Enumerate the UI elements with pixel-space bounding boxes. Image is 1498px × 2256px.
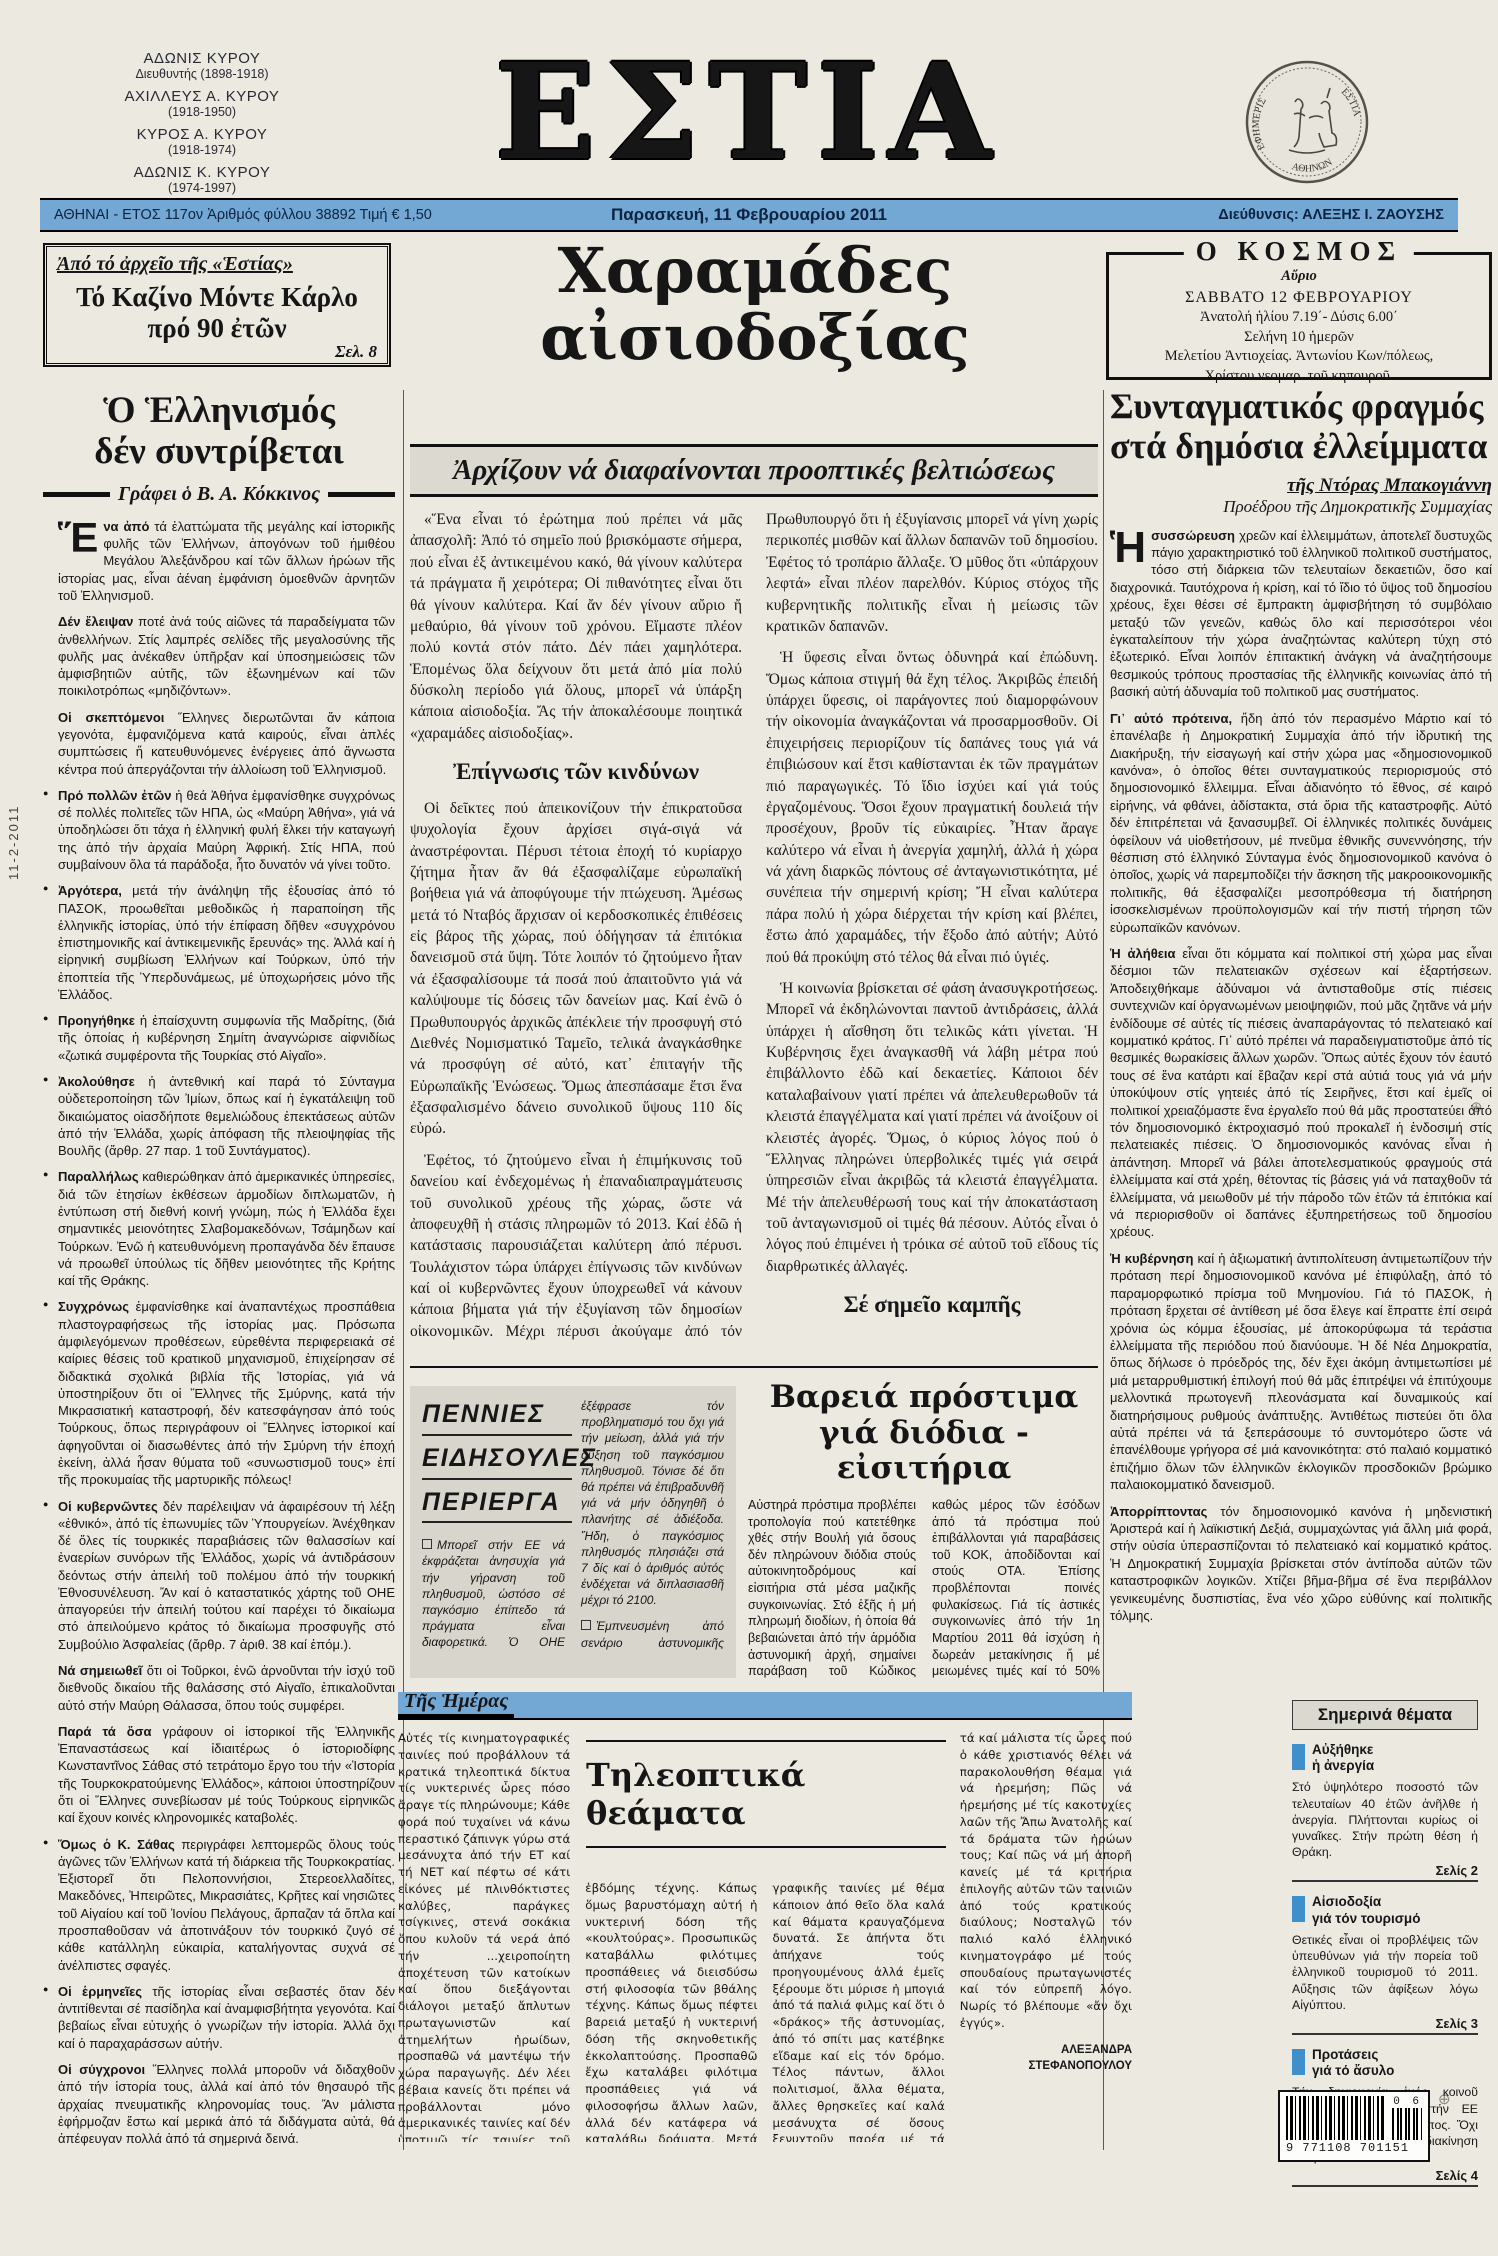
paragraph-lead: Νά σημειωθεῖ	[58, 1663, 142, 1678]
article-paragraph: Ἀκολούθησε ἡ ἀντεθνική καί παρά τό Σύντα…	[58, 1073, 395, 1159]
topic-head: Αὐξήθηκεἡ ἀνεργία	[1292, 1742, 1478, 1774]
paragraph-lead: Δέν ἔλειψαν	[58, 614, 133, 629]
article-block: Ἐπίγνωσις τῶν κινδύνων	[410, 756, 742, 788]
tis-imeras-banner: Τῆς Ἡμέρας	[398, 1692, 1132, 1720]
director-entry: ΚΥΡΟΣ Α. ΚΥΡΟΥ (1918-1974)	[52, 126, 352, 157]
article-paragraph: Οἱ ἑρμηνεῖες τῆς ἱστορίας εἶναι σεβαστές…	[58, 1983, 395, 2052]
barcode-addon: 0 6	[1392, 2096, 1422, 2140]
left-article-author: Γράφει ὁ Β. Α. Κόκκινος	[118, 483, 320, 506]
right-article-author: τῆς Ντόρας Μπακογιάννη	[1110, 475, 1492, 497]
topic-title-line2: γιά τόν τουρισμό	[1312, 1911, 1420, 1926]
right-article-author-role: Προέδρου τῆς Δημοκρατικῆς Συμμαχίας	[1110, 497, 1492, 517]
tis-imeras-byline: ΑΛΕΞΑΝΔΡΑ ΣΤΕΦΑΝΟΠΟΥΛΟΥ	[960, 2042, 1132, 2075]
margin-vertical-date: 11-2-2011	[6, 805, 21, 880]
tis-imeras-title: Τῆς Ἡμέρας	[398, 1690, 514, 1718]
article-block: Οἱ δεῖκτες πού ἀπεικονίζουν τήν ἐπικρατο…	[410, 798, 742, 1140]
tis-imeras-col1: Αὐτές τίς κινηματογραφικές ταινίες πού π…	[398, 1730, 570, 2142]
paragraph-lead: Ἀπορρίπτοντας	[1110, 1504, 1207, 1519]
article-paragraph: Παρά τά ὅσα γράφουν οἱ ἱστορικοί τῆς Ἑλλ…	[58, 1723, 395, 1827]
paragraph-lead: Ἀργότερα,	[58, 883, 122, 898]
topic-page-ref: Σελίς 3	[1292, 2016, 1478, 2035]
kosmos-line: Σελήνη 10 ἡμερῶν	[1109, 328, 1489, 348]
article-paragraph: Συγχρόνως ἐμφανίσθηκε καί ἀναπαντέχως πρ…	[58, 1298, 395, 1488]
kosmos-line: ΣΑΒΒΑΤΟ 12 ΦΕΒΡΟΥΑΡΙΟΥ	[1109, 287, 1489, 309]
tv-headline: Τηλεοπτικά θεάματα	[586, 1756, 946, 1832]
archive-title: Τό Καζίνο Μόντε Κάρλο πρό 90 ἐτῶν	[57, 282, 377, 344]
main-headline-line1: Χαραμάδες	[425, 238, 1085, 305]
paragraph-lead: Ἕνα ἀπό	[103, 519, 149, 534]
barcode-addon-bars	[1392, 2108, 1422, 2140]
topic-page-ref: Σελίς 2	[1292, 1863, 1478, 1882]
square-bullet-icon	[422, 1539, 432, 1549]
director-tenure: (1918-1974)	[52, 143, 352, 157]
paragraph-lead: Ἡ συσσώρευση	[1151, 528, 1235, 543]
left-article-title-line2: δέν συντρίβεται	[43, 431, 395, 472]
topic-title: Προτάσειςγιά τό ἄσυλο	[1312, 2047, 1394, 2079]
pennies-columns: ΠΕΝΝΙΕΣΕΙΔΗΣΟΥΛΕΣΠΕΡΙΕΡΓΑ Μπορεῖ στήν ΕΕ…	[422, 1398, 724, 1666]
paragraph-lead: Πρό πολλῶν ἐτῶν	[58, 788, 171, 803]
article-paragraph: Ἡ συσσώρευση χρεῶν καί ἐλλειμμάτων, ἀποτ…	[1110, 527, 1492, 701]
article-paragraph: Πρό πολλῶν ἐτῶν ἡ θεά Ἀθήνα ἐμφανίσθηκε …	[58, 787, 395, 873]
paragraph-lead: Παρά τά ὅσα	[58, 1724, 152, 1739]
kosmos-lines: ΑὔριοΣΑΒΒΑΤΟ 12 ΦΕΒΡΟΥΑΡΙΟΥἈνατολή ἡλίου…	[1109, 267, 1489, 386]
topic-title-line2: ἡ ἀνεργία	[1312, 1758, 1374, 1773]
paragraph-text: περιγράφει λεπτομερῶς ὅλους τούς ἀγῶνες …	[58, 1837, 395, 1973]
kosmos-line: Αὔριο	[1109, 267, 1489, 287]
director-name: ΑΔΩΝΙΣ ΚΥΡΟΥ	[52, 50, 352, 67]
masthead-directors: ΑΔΩΝΙΣ ΚΥΡΟΥ Διευθυντής (1898-1918) ΑΧΙΛ…	[52, 50, 352, 202]
director-entry: ΑΔΩΝΙΣ ΚΥΡΟΥ Διευθυντής (1898-1918)	[52, 50, 352, 81]
penalties-headline: Βαρειά πρόστιμα γιά διόδια - εἰσιτήρια	[748, 1380, 1100, 1487]
todays-topics-title: Σημερινά θέματα	[1292, 1700, 1478, 1730]
topic-summary: Στό ὑψηλότερο ποσοστό τῶν τελευταίων 40 …	[1292, 1779, 1478, 1860]
penalties-body: Αὐστηρά πρόστιμα προβλέπει τροπολογία πο…	[748, 1497, 1100, 1680]
article-block: Σέ σημεῖο καμπῆς	[766, 1289, 1098, 1321]
byline-rule	[43, 492, 110, 497]
pennies-title-line: ΕΙΔΗΣΟΥΛΕΣ	[422, 1442, 572, 1480]
topic-title: Αὐξήθηκεἡ ἀνεργία	[1312, 1742, 1374, 1774]
dateline-edition: ΑΘΗΝΑΙ - ΕΤΟΣ 117ον Ἀριθμός φύλλου 38892…	[40, 207, 517, 223]
barcode-addon-digits: 0 6	[1392, 2096, 1422, 2108]
topic-head: Προτάσειςγιά τό ἄσυλο	[1292, 2047, 1478, 2079]
article-paragraph: Οἱ σκεπτόμενοι Ἕλληνες διερωτῶνται ἄν κά…	[58, 709, 395, 778]
topic-item: Αἰσιοδοξίαγιά τόν τουρισμό Θετικές εἶναι…	[1292, 1894, 1478, 2034]
pennies-box: ΠΕΝΝΙΕΣΕΙΔΗΣΟΥΛΕΣΠΕΡΙΕΡΓΑ Μπορεῖ στήν ΕΕ…	[410, 1386, 736, 1678]
kosmos-line: Χρίστου νεομαρ. τοῦ κηπουροῦ.	[1109, 367, 1489, 387]
newspaper-logo: ΕΣΤΙΑ	[388, 34, 1108, 190]
center-article-banner: Ἀρχίζουν νά διαφαίνονται προοπτικές βελτ…	[410, 444, 1098, 497]
kosmos-line: Μελετίου Ἀντιοχείας. Ἀντωνίου Κων/πόλεως…	[1109, 347, 1489, 367]
kosmos-line: Ἀνατολή ἡλίου 7.19΄- Δύσις 6.00΄	[1109, 308, 1489, 328]
paragraph-text: ἤδη ἀπό τόν περασμένο Μάρτιο καί τό ἐπαν…	[1110, 711, 1492, 935]
tis-imeras-col4-text: τά καί μάλιστα τίς ὧρες πού ὁ κάθε χριστ…	[960, 1731, 1132, 2030]
paragraph-lead: Ἀκολούθησε	[58, 1074, 135, 1089]
article-paragraph: Ἡ κυβέρνηση καί ἡ ἀξιωματική ἀντιπολίτευ…	[1110, 1250, 1492, 1494]
paragraph-lead: Γι᾽ αὐτό πρότεινα,	[1110, 711, 1232, 726]
director-tenure: (1918-1950)	[52, 105, 352, 119]
article-paragraph: Οἱ κυβερνῶντες δέν παρέλειψαν νά ἀφαιρέσ…	[58, 1498, 395, 1654]
dateline-date: Παρασκευή, 11 Φεβρουαρίου 2011	[517, 205, 980, 225]
director-name: ΚΥΡΟΣ Α. ΚΥΡΟΥ	[52, 126, 352, 143]
left-article-body: Ἕνα ἀπό τά ἐλαττώματα τῆς μεγάλης καί ἱσ…	[43, 518, 395, 2228]
section-divider	[410, 1366, 1098, 1368]
paragraph-lead: Προηγήθηκε	[58, 1013, 135, 1028]
blue-square-bullet-icon	[1292, 1896, 1305, 1922]
center-main-article: Ἀρχίζουν νά διαφαίνονται προοπτικές βελτ…	[410, 444, 1098, 1351]
article-block: Ἡ κοινωνία βρίσκεται σέ φάση ἀνασυγκροτή…	[766, 978, 1098, 1277]
main-headline-line2: αἰσιοδοξίας	[425, 305, 1085, 372]
newspaper-front-page: ΑΔΩΝΙΣ ΚΥΡΟΥ Διευθυντής (1898-1918) ΑΧΙΛ…	[0, 0, 1498, 2256]
article-paragraph: Γι᾽ αὐτό πρότεινα, ἤδη ἀπό τόν περασμένο…	[1110, 710, 1492, 936]
archive-kicker: Ἀπό τό ἀρχεῖο τῆς «Ἑστίας»	[57, 253, 377, 276]
penalties-headline-line1: Βαρειά πρόστιμα	[748, 1380, 1100, 1416]
main-headline: Χαραμάδες αἰσιοδοξίας	[425, 238, 1085, 372]
topic-title-line1: Προτάσεις	[1312, 2047, 1378, 2062]
paragraph-lead: Οἱ σκεπτόμενοι	[58, 710, 164, 725]
article-paragraph: Οἱ σύγχρονοι Ἕλληνες πολλά μποροῦν νά δι…	[58, 2061, 395, 2147]
penalties-col1: Αὐστηρά πρόστιμα προβλέπει τροπολογία πο…	[748, 1498, 916, 1680]
topic-head: Αἰσιοδοξίαγιά τόν τουρισμό	[1292, 1894, 1478, 1926]
paragraph-text: γράφουν οἱ ἱστορικοί τῆς Ἑλληνικῆς Ἐπανα…	[58, 1724, 395, 1825]
penalties-article: Βαρειά πρόστιμα γιά διόδια - εἰσιτήρια Α…	[748, 1380, 1100, 1680]
paragraph-text: εἶναι ὅτι κόμματα καί πολιτικοί στή χώρα…	[1110, 946, 1492, 1240]
tis-imeras-col4: τά καί μάλιστα τίς ὧρες πού ὁ κάθε χριστ…	[960, 1730, 1132, 2142]
archive-page-ref: Σελ. 8	[57, 342, 377, 362]
topic-title-line1: Αἰσιοδοξία	[1312, 1894, 1381, 1909]
director-tenure: Διευθυντής (1898-1918)	[52, 67, 352, 81]
right-article-title-line2: στά δημόσια ἐλλείμματα	[1110, 426, 1492, 466]
left-article-title-line1: Ὁ Ἑλληνισμός	[43, 390, 395, 431]
article-block: Ἡ ὕφεσις εἶναι ὄντως ὀδυνηρά καί ἐπώδυνη…	[766, 647, 1098, 968]
kosmos-box: Ο ΚΟΣΜΟΣ ΑὔριοΣΑΒΒΑΤΟ 12 ΦΕΒΡΟΥΑΡΙΟΥἈνατ…	[1106, 252, 1492, 380]
right-article-body: Ἡ συσσώρευση χρεῶν καί ἐλλειμμάτων, ἀποτ…	[1110, 527, 1492, 1717]
archive-teaser-box: Ἀπό τό ἀρχεῖο τῆς «Ἑστίας» Τό Καζίνο Μόν…	[43, 243, 391, 367]
article-paragraph: Ὅμως ὁ Κ. Σάθας περιγράφει λεπτομερῶς ὅλ…	[58, 1836, 395, 1974]
byline-rule	[328, 492, 395, 497]
director-tenure: (1974-1997)	[52, 181, 352, 195]
logo-text: ΕΣΤΙΑ	[495, 35, 1001, 190]
paragraph-text: καθιερώθηκαν ἀπό ἀμερικανικές ὑπηρεσίες,…	[58, 1169, 395, 1288]
paragraph-text: δέν παρέλειψαν νά ἀφαιρέσουν τή λέξη «ἐθ…	[58, 1499, 395, 1652]
article-paragraph: Νά σημειωθεῖ ὅτι οἱ Τοῦρκοι, ἐνῶ ἀρνοῦντ…	[58, 1662, 395, 1714]
barcode-digits: 9 771108 701151	[1286, 2141, 1422, 2155]
center-article-body: «Ἕνα εἶναι τό ἐρώτημα πού πρέπει νά μᾶς …	[410, 509, 1098, 1351]
tv-headline-box: Τηλεοπτικά θεάματα	[586, 1740, 946, 1848]
left-opinion-article: Ὁ Ἑλληνισμός δέν συντρίβεται Γράφει ὁ Β.…	[43, 390, 395, 2228]
paragraph-lead: Ἡ ἀλήθεια	[1110, 946, 1176, 961]
paragraph-lead: Ἡ κυβέρνηση	[1110, 1251, 1193, 1266]
right-opinion-article: Συνταγματικός φραγμός στά δημόσια ἐλλείμ…	[1110, 386, 1492, 1717]
article-paragraph: Ἀργότερα, μετά τήν ἀνάληψη τῆς ἐξουσίας …	[58, 882, 395, 1003]
article-paragraph: Ἡ ἀλήθεια εἶναι ὅτι κόμματα καί πολιτικο…	[1110, 945, 1492, 1241]
director-name: ΑΔΩΝΙΣ Κ. ΚΥΡΟΥ	[52, 164, 352, 181]
barcode-bars: 0 6	[1286, 2096, 1422, 2140]
topic-page-ref: Σελίς 4	[1292, 2168, 1478, 2187]
article-paragraph: Παραλλήλως καθιερώθηκαν ἀπό ἀμερικανικές…	[58, 1168, 395, 1289]
blue-square-bullet-icon	[1292, 2049, 1305, 2075]
penalties-headline-line2: γιά διόδια - εἰσιτήρια	[748, 1416, 1100, 1487]
topic-title-line2: γιά τό ἄσυλο	[1312, 2063, 1394, 2078]
director-entry: ΑΔΩΝΙΣ Κ. ΚΥΡΟΥ (1974-1997)	[52, 164, 352, 195]
tis-imeras-section: Τῆς Ἡμέρας Τηλεοπτικά θεάματα Αὐτές τίς …	[398, 1692, 1132, 2152]
paragraph-text: τόν δημοσιονομικό κανόνα ἡ μηδενιστική Ἀ…	[1110, 1504, 1492, 1623]
paragraph-text: μετά τήν ἀνάληψη τῆς ἐξουσίας ἀπό τό ΠΑΣ…	[58, 883, 395, 1002]
blue-square-bullet-icon	[1292, 1744, 1305, 1770]
topic-title: Αἰσιοδοξίαγιά τόν τουρισμό	[1312, 1894, 1420, 1926]
kosmos-title: Ο ΚΟΣΜΟΣ	[1184, 236, 1414, 267]
article-paragraph: Ἀπορρίπτοντας τόν δημοσιονομικό κανόνα ἡ…	[1110, 1503, 1492, 1625]
paragraph-lead: Παραλλήλως	[58, 1169, 139, 1184]
barcode-main-bars	[1286, 2096, 1384, 2140]
article-paragraph: Δέν ἔλειψαν ποτέ ἀνά τούς αἰῶνες τά παρα…	[58, 613, 395, 699]
topic-title-line1: Αὐξήθηκε	[1312, 1742, 1373, 1757]
article-paragraph: Ἕνα ἀπό τά ἐλαττώματα τῆς μεγάλης καί ἱσ…	[58, 518, 395, 604]
issn-barcode: 0 6 9 771108 701151	[1278, 2090, 1430, 2162]
paragraph-lead: Οἱ κυβερνῶντες	[58, 1499, 158, 1514]
dateline-bar: ΑΘΗΝΑΙ - ΕΤΟΣ 117ον Ἀριθμός φύλλου 38892…	[40, 198, 1458, 232]
paragraph-text: ἐμφανίσθηκε καί ἀναπαντέχως προσπάθεια π…	[58, 1299, 395, 1487]
paragraph-lead: Ὅμως ὁ Κ. Σάθας	[58, 1837, 175, 1852]
paragraph-text: καί ἡ ἀξιωματική ἀντιπολίτευση ἀντιμετωπ…	[1110, 1251, 1492, 1492]
left-article-title: Ὁ Ἑλληνισμός δέν συντρίβεται	[43, 390, 395, 473]
right-article-title: Συνταγματικός φραγμός στά δημόσια ἐλλείμ…	[1110, 386, 1492, 467]
director-name: ΑΧΙΛΛΕΥΣ Α. ΚΥΡΟΥ	[52, 88, 352, 105]
director-entry: ΑΧΙΛΛΕΥΣ Α. ΚΥΡΟΥ (1918-1950)	[52, 88, 352, 119]
pennies-title: ΠΕΝΝΙΕΣΕΙΔΗΣΟΥΛΕΣΠΕΡΙΕΡΓΑ	[422, 1398, 565, 1523]
dateline-director: Διεύθυνσις: ΑΛΕΞΗΣ Ι. ΖΑΟΥΣΗΣ	[981, 207, 1458, 223]
left-article-byline: Γράφει ὁ Β. Α. Κόκκινος	[43, 483, 395, 506]
pennies-title-line: ΠΕΝΝΙΕΣ	[422, 1398, 572, 1436]
topic-item: Αὐξήθηκεἡ ἀνεργία Στό ὑψηλότερο ποσοστό …	[1292, 1742, 1478, 1882]
topic-summary: Θετικές εἶναι οἱ προβλέψεις τῶν ὑπευθύνω…	[1292, 1932, 1478, 2013]
pennies-title-line: ΠΕΡΙΕΡΓΑ	[422, 1486, 572, 1524]
emblem-coin-icon: ΕΦΗΜΕΡΙΣ ΕΣΤΙΑ ΑΘΗΝΩΝ	[1243, 58, 1371, 186]
square-bullet-icon	[581, 1620, 591, 1630]
paragraph-text: χρεῶν καί ἐλλειμμάτων, ἀποτελεῖ δυστυχῶς…	[1110, 528, 1492, 700]
paragraph-lead: Συγχρόνως	[58, 1299, 129, 1314]
paragraph-lead: Οἱ ἑρμηνεῖες	[58, 1984, 142, 1999]
article-block: «Ἕνα εἶναι τό ἐρώτημα πού πρέπει νά μᾶς …	[410, 509, 742, 744]
right-article-title-line1: Συνταγματικός φραγμός	[1110, 386, 1492, 426]
paragraph-lead: Οἱ σύγχρονοι	[58, 2062, 145, 2077]
article-paragraph: Προηγήθηκε ἡ ἐπαίσχυντη συμφωνία τῆς Μαδ…	[58, 1012, 395, 1064]
